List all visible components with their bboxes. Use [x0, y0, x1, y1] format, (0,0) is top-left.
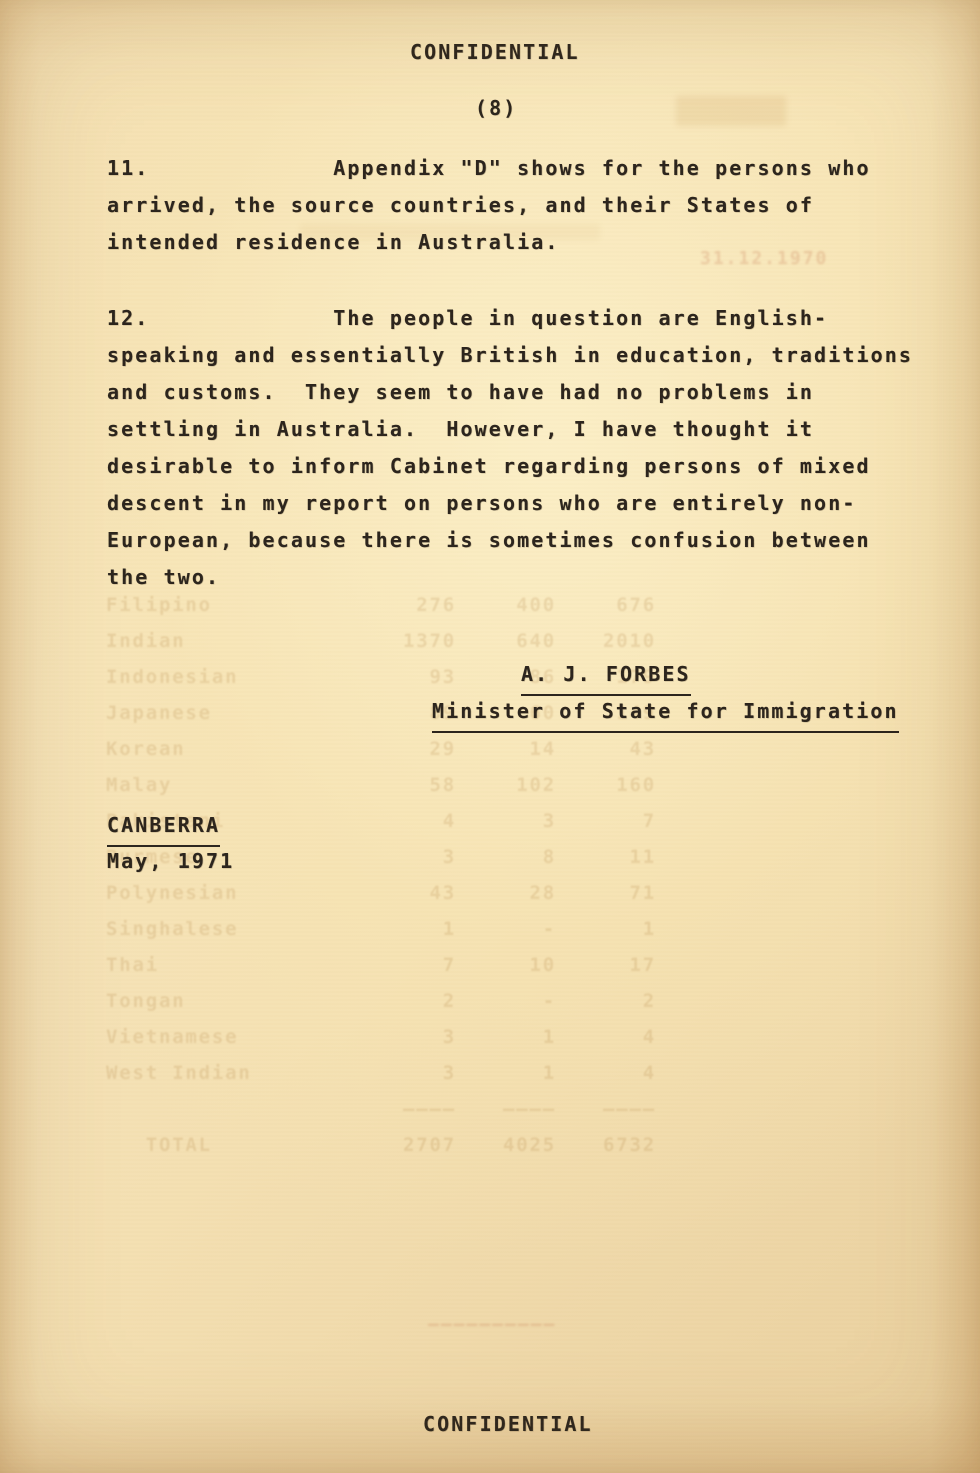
paragraph-12: 12. The people in question are English- … [107, 300, 913, 596]
ghost-row-label: Thai [106, 954, 356, 976]
ghost-row-value: 276 [356, 594, 456, 616]
ghost-row-value: 1370 [356, 630, 456, 652]
ghost-table-row: Thai71017 [106, 954, 666, 976]
ghost-table-row: Tongan2-2 [106, 990, 666, 1012]
ghost-row-value: ———— [356, 1098, 456, 1120]
ghost-row-value: 2 [356, 990, 456, 1012]
ghost-row-value: 4 [556, 1026, 656, 1048]
ghost-row-value: 3 [356, 1062, 456, 1084]
ghost-row-label: Polynesian [106, 882, 356, 904]
ghost-row-value: 1 [556, 918, 656, 940]
signature-block: A. J. FORBES [521, 656, 691, 696]
ghost-row-value: 28 [456, 882, 556, 904]
ghost-row-value: 3 [356, 846, 456, 868]
ghost-row-value: 71 [556, 882, 656, 904]
ghost-row-value: 2707 [356, 1134, 456, 1156]
ghost-row-value: 102 [456, 774, 556, 796]
ghost-row-value: 93 [356, 666, 456, 688]
ghost-red-bottom-fragment: —————————— [428, 1314, 556, 1335]
ghost-table-row: TOTAL270740256732 [106, 1134, 666, 1156]
ghost-row-label: TOTAL [106, 1134, 356, 1156]
ghost-row-value: 400 [456, 594, 556, 616]
ghost-row-value: 43 [356, 882, 456, 904]
page-number: (8) [475, 90, 517, 127]
ghost-row-label: Malay [106, 774, 356, 796]
date-line: May, 1971 [107, 843, 234, 880]
ghost-row-value: 2010 [556, 630, 656, 652]
ghost-table-row: Filipino276400676 [106, 594, 666, 616]
ghost-bleedthrough-table: Filipino276400676Indian13706402010Indone… [0, 594, 980, 1184]
ghost-row-value: 10 [456, 954, 556, 976]
classification-footer: CONFIDENTIAL [423, 1406, 593, 1443]
ghost-row-value: - [456, 990, 556, 1012]
ghost-row-value: 640 [456, 630, 556, 652]
ghost-row-value: 7 [556, 810, 656, 832]
ghost-row-value: 2 [556, 990, 656, 1012]
ghost-row-label [106, 1098, 356, 1120]
ghost-row-value: 3 [456, 810, 556, 832]
ghost-row-label: Tongan [106, 990, 356, 1012]
ghost-row-label: Japanese [106, 702, 356, 724]
ghost-row-value: 1 [356, 918, 456, 940]
classification-header: CONFIDENTIAL [410, 34, 580, 71]
ghost-row-value: 160 [556, 774, 656, 796]
ghost-table-row: Indian13706402010 [106, 630, 666, 652]
ghost-row-value: ———— [456, 1098, 556, 1120]
ghost-table-row: ———————————— [106, 1098, 666, 1120]
ghost-row-label: Vietnamese [106, 1026, 356, 1048]
place-line: CANBERRA [107, 807, 220, 847]
ghost-row-value: 1 [456, 1026, 556, 1048]
ghost-table-row: Korean291443 [106, 738, 666, 760]
ghost-row-value: 676 [556, 594, 656, 616]
signatory-title-line: Minister of State for Immigration [432, 693, 899, 733]
ghost-smudge-top-right [676, 96, 786, 126]
ghost-row-value: 43 [556, 738, 656, 760]
ghost-table-row: Polynesian432871 [106, 882, 666, 904]
signatory-name: A. J. FORBES [521, 656, 691, 696]
ghost-row-value: ———— [556, 1098, 656, 1120]
ghost-row-value: 8 [456, 846, 556, 868]
ghost-row-label: Indonesian [106, 666, 356, 688]
ghost-row-value: 7 [356, 954, 456, 976]
ghost-table-row: Singhalese1-1 [106, 918, 666, 940]
ghost-row-label: Korean [106, 738, 356, 760]
ghost-row-value: 6732 [556, 1134, 656, 1156]
ghost-row-value: 29 [356, 738, 456, 760]
ghost-row-value: - [456, 918, 556, 940]
ghost-table-row: Vietnamese314 [106, 1026, 666, 1048]
ghost-row-value: 1 [456, 1062, 556, 1084]
ghost-row-label: Singhalese [106, 918, 356, 940]
paragraph-11: 11. Appendix "D" shows for the persons w… [107, 150, 871, 261]
ghost-row-value: 4025 [456, 1134, 556, 1156]
ghost-table-row: West Indian314 [106, 1062, 666, 1084]
ghost-row-label: Indian [106, 630, 356, 652]
ghost-row-value: 11 [556, 846, 656, 868]
ghost-row-value: 58 [356, 774, 456, 796]
ghost-row-value: 17 [556, 954, 656, 976]
place: CANBERRA [107, 807, 220, 847]
ghost-row-label: Filipino [106, 594, 356, 616]
ghost-row-value: 14 [456, 738, 556, 760]
ghost-row-value: 4 [356, 810, 456, 832]
scanned-document-page: Filipino276400676Indian13706402010Indone… [0, 0, 980, 1473]
ghost-table-row: Malay58102160 [106, 774, 666, 796]
signatory-title: Minister of State for Immigration [432, 693, 899, 733]
ghost-row-label: West Indian [106, 1062, 356, 1084]
ghost-row-value: 3 [356, 1026, 456, 1048]
ghost-row-value: 4 [556, 1062, 656, 1084]
